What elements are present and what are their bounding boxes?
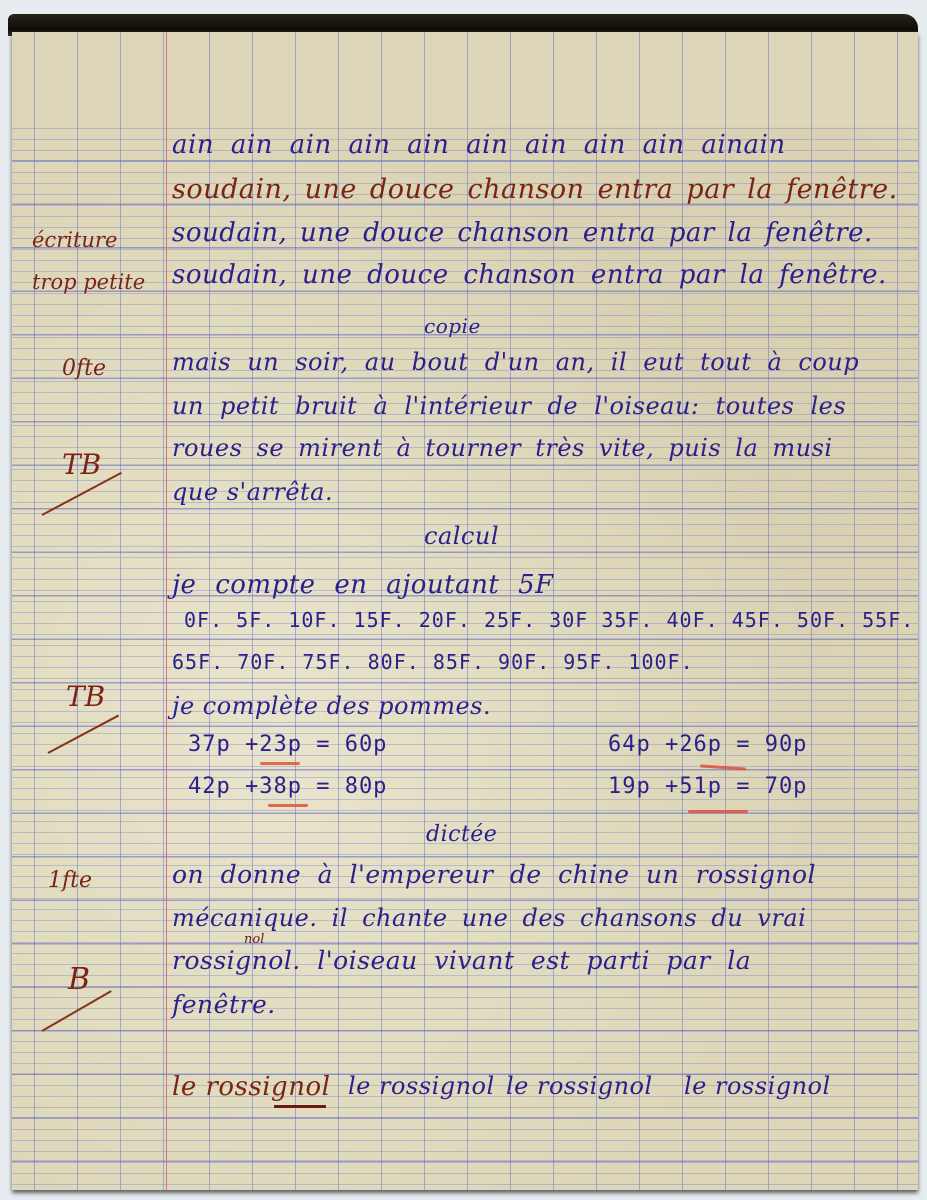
- addition-sum: 64p +26p = 90p: [608, 732, 807, 757]
- copied-word: le rossignol: [348, 1072, 495, 1100]
- grade-dictee: B: [68, 962, 90, 997]
- copied-word: le rossignol: [684, 1072, 831, 1100]
- calcul-instruction: je compte en ajoutant 5F: [172, 570, 554, 600]
- dictee-line: mécanique. il chante une des chansons du…: [172, 904, 806, 932]
- margin-line: [166, 32, 167, 1190]
- copie-line: un petit bruit à l'intérieur de l'oiseau…: [172, 392, 846, 420]
- grade-copie: TB: [62, 448, 101, 481]
- dictee-line: rossignol. l'oiseau vivant est parti par…: [172, 946, 751, 975]
- copied-sentence: soudain, une douce chanson entra par la …: [172, 260, 887, 290]
- copied-sentence: soudain, une douce chanson entra par la …: [172, 218, 873, 248]
- copie-line: que s'arrêta.: [172, 478, 333, 506]
- addition-sum: 42p +38p = 80p: [188, 774, 387, 799]
- dictee-line: on donne à l'empereur de chine un rossig…: [172, 860, 816, 889]
- notebook-page: écriture trop petite 0fte TB TB 1fte B a…: [12, 32, 918, 1190]
- dictee-line: fenêtre.: [172, 990, 276, 1019]
- model-word-underline: [274, 1105, 326, 1108]
- margin-note-copie-faults: 0fte: [62, 356, 106, 381]
- calcul-instruction: je complète des pommes.: [172, 692, 491, 720]
- red-correction-underline: [688, 810, 748, 813]
- page-header-blank: [12, 32, 918, 126]
- grade-calcul: TB: [66, 680, 105, 713]
- ain-practice-line: ain ain ain ain ain ain ain ain ain aina…: [172, 130, 786, 160]
- addition-sum: 19p +51p = 70p: [608, 774, 807, 799]
- copied-word: le rossignol: [506, 1072, 653, 1100]
- red-correction-underline: [260, 762, 300, 765]
- margin-note-trop-petite: trop petite: [32, 270, 145, 294]
- copie-line: roues se mirent à tourner très vite, pui…: [172, 434, 833, 462]
- section-heading-copie: copie: [424, 314, 481, 338]
- section-heading-calcul: calcul: [424, 522, 499, 550]
- margin-note-ecriture: écriture: [32, 228, 117, 252]
- teacher-correction: nol: [244, 932, 264, 947]
- addition-sum: 37p +23p = 60p: [188, 732, 387, 757]
- model-word: le rossignol: [172, 1072, 330, 1102]
- model-sentence: soudain, une douce chanson entra par la …: [172, 174, 898, 205]
- counting-sequence: 65F. 70F. 75F. 80F. 85F. 90F. 95F. 100F.: [172, 650, 694, 674]
- section-heading-dictee: dictée: [426, 822, 497, 847]
- margin-note-dictee-faults: 1fte: [48, 868, 92, 893]
- copie-line: mais un soir, au bout d'un an, il eut to…: [172, 348, 859, 376]
- red-correction-underline: [268, 804, 308, 807]
- counting-sequence: 0F. 5F. 10F. 15F. 20F. 25F. 30F 35F. 40F…: [184, 608, 918, 632]
